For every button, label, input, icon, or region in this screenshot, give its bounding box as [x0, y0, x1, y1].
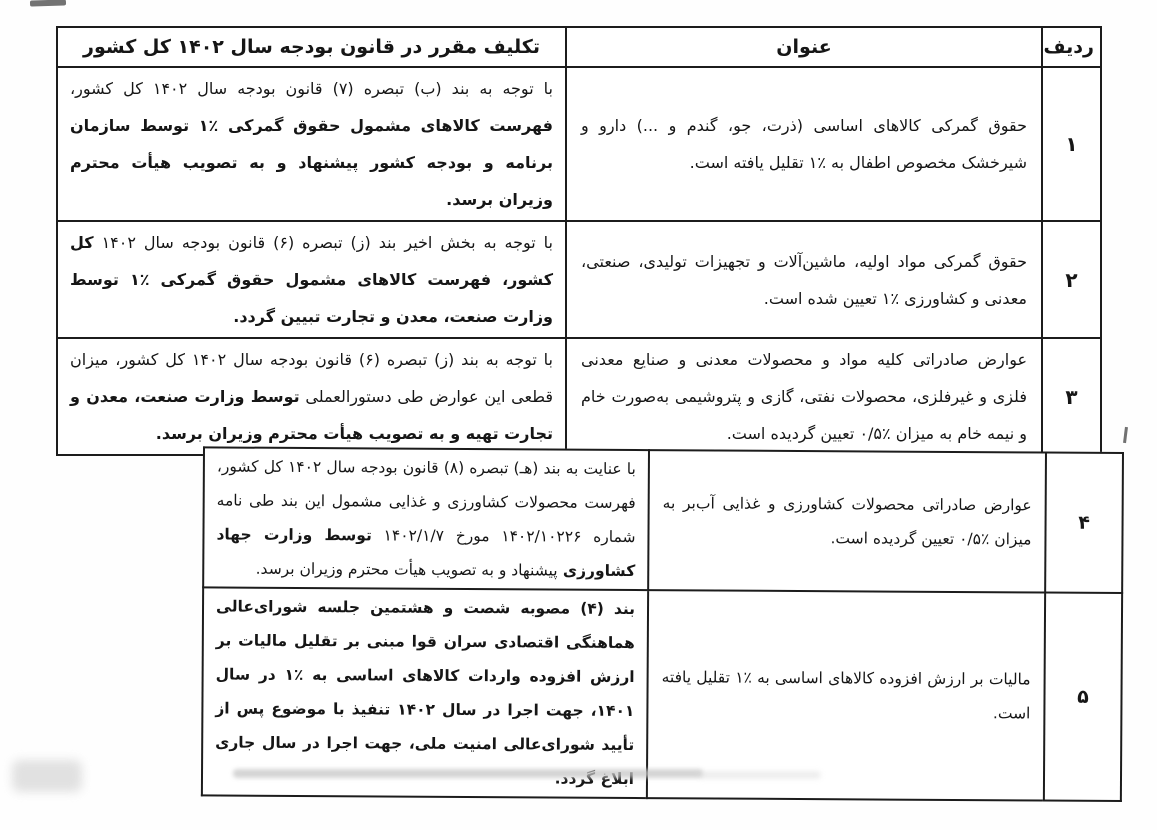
row-number: ۴ — [1045, 453, 1123, 593]
title-cell: حقوق گمرکی مواد اولیه، ماشین‌آلات و تجهی… — [566, 221, 1042, 338]
task-cell: بند (۴) مصوبه شصت و هشتمین جلسه شورای‌عا… — [202, 587, 648, 798]
task-text-lead: با توجه به بخش اخیر بند (ز) تبصره (۶) قا… — [94, 233, 553, 252]
title-cell: حقوق گمرکی کالاهای اساسی (ذرت، جو، گندم … — [566, 67, 1042, 221]
scan-artifact-blob — [12, 760, 82, 792]
header-task: تکلیف مقرر در قانون بودجه سال ۱۴۰۲ کل کش… — [57, 27, 566, 67]
task-cell: با توجه به بخش اخیر بند (ز) تبصره (۶) قا… — [57, 221, 566, 338]
table-row-4: ۴ عوارض صادراتی محصولات کشاورزی و غذایی … — [203, 447, 1123, 593]
table-row-5: ۵ مالیات بر ارزش افزوده کالاهای اساسی به… — [202, 587, 1122, 801]
row-number: ۱ — [1042, 67, 1101, 221]
task-cell: با عنایت به بند (هـ) تبصره (۸) قانون بود… — [203, 447, 649, 590]
title-cell: مالیات بر ارزش افزوده کالاهای اساسی به ٪… — [647, 590, 1045, 800]
title-cell: عوارض صادراتی محصولات کشاورزی و غذایی آب… — [648, 450, 1046, 592]
scanned-document-page: ردیف عنوان تکلیف مقرر در قانون بودجه سال… — [0, 0, 1157, 830]
row-number: ۲ — [1042, 221, 1101, 338]
table-row-1: ۱ حقوق گمرکی کالاهای اساسی (ذرت، جو، گند… — [57, 67, 1101, 221]
header-title: عنوان — [566, 27, 1042, 67]
table-row-3: ۳ عوارض صادراتی کلیه مواد و محصولات معدن… — [57, 338, 1101, 455]
row-number: ۳ — [1042, 338, 1101, 455]
row-number: ۵ — [1044, 593, 1122, 801]
scan-artifact-dash — [30, 0, 66, 7]
title-cell: عوارض صادراتی کلیه مواد و محصولات معدنی … — [566, 338, 1042, 455]
table-row-2: ۲ حقوق گمرکی مواد اولیه، ماشین‌آلات و تج… — [57, 221, 1101, 338]
budget-table-part1: ردیف عنوان تکلیف مقرر در قانون بودجه سال… — [56, 26, 1102, 456]
task-text-bold: بند (۴) مصوبه شصت و هشتمین جلسه شورای‌عا… — [215, 597, 635, 788]
scan-artifact-tick — [1123, 427, 1128, 443]
header-row: ردیف عنوان تکلیف مقرر در قانون بودجه سال… — [57, 27, 1101, 67]
task-text-lead: با توجه به بند (ب) تبصره (۷) قانون بودجه… — [70, 79, 553, 98]
task-text-tail: پیشنهاد و به تصویب هیأت محترم وزیران برس… — [256, 560, 558, 580]
task-text-bold: فهرست کالاهای مشمول حقوق گمرکی ٪۱ توسط س… — [70, 116, 553, 209]
budget-table-part2: ۴ عوارض صادراتی محصولات کشاورزی و غذایی … — [201, 446, 1124, 802]
task-cell: با توجه به بند (ز) تبصره (۶) قانون بودجه… — [57, 338, 566, 455]
header-radif: ردیف — [1042, 27, 1101, 67]
task-cell: با توجه به بند (ب) تبصره (۷) قانون بودجه… — [57, 67, 566, 221]
